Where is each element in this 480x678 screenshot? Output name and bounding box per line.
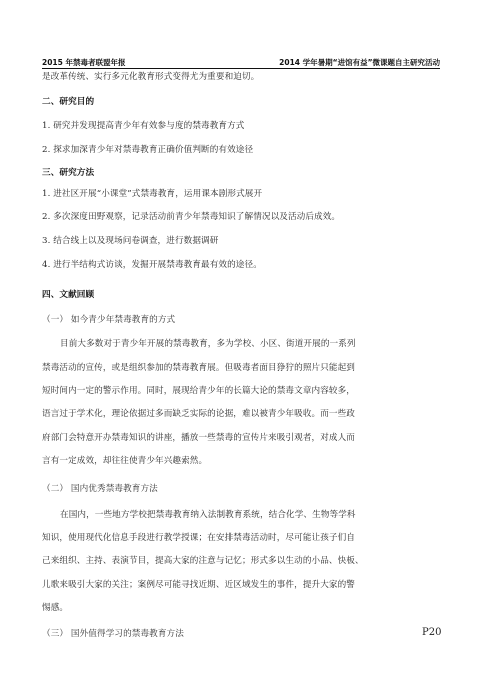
text-line: 知识，使用现代化信息手段进行教学授课；在安排禁毒活动时，尽可能让孩子们自 [42,531,355,543]
header-right: 2014 学年暑期“进馆有益”微课题自主研究活动 [279,57,440,68]
running-header: 2015 年禁毒者联盟年报 2014 学年暑期“进馆有益”微课题自主研究活动 [42,56,440,69]
page-number: P20 [422,627,441,638]
text-line: 禁毒活动的宣传，或是组织参加的禁毒教育展。但吸毒者面目狰狞的照片只能起到 [42,361,355,373]
header-left: 2015 年禁毒者联盟年报 [42,57,126,68]
text-line: 目前大多数对于青少年开展的禁毒教育，多为学校、小区、街道开展的一系列 [60,337,356,349]
section-heading: 三、研究方法 [42,166,94,178]
text-line: 惕感。 [42,601,68,613]
subsection-heading: （三） 国外值得学习的禁毒教育方法 [42,627,184,639]
text-line: 己来组织、主持、表演节目，提高大家的注意与记忆；形式多以生动的小品、快板、 [42,554,364,566]
text-line: 在国内，一些地方学校把禁毒教育纳入法制教育系统，结合化学、生物等学科 [60,508,356,520]
text-line: 2. 多次深度田野观察，记录活动前青少年禁毒知识了解情况以及活动后成效。 [42,210,340,222]
section-heading: 四、文献回顾 [42,288,94,300]
text-line: 语言过于学术化，理论依据过多而缺乏实际的论据，难以被青少年吸收。而一些政 [42,407,355,419]
text-line: 4. 进行半结构式访谈，发掘开展禁毒教育最有效的途径。 [42,258,262,270]
text-line: 1. 研究并发现提高青少年有效参与度的禁毒教育方式 [42,119,245,131]
section-heading: 二、研究目的 [42,95,94,107]
subsection-heading: （一） 如今青少年禁毒教育的方式 [42,313,175,325]
text-line: 2. 探求加深青少年对禁毒教育正确价值判断的有效途径 [42,143,253,155]
text-line: 府部门会特意开办禁毒知识的讲座，播放一些禁毒的宣传片来吸引观者，对成人而 [42,431,355,443]
text-line: 是改革传统、实行多元化教育形式变得尤为重要和迫切。 [42,70,259,82]
text-line: 言有一定成效，却往往使青少年兴趣索然。 [42,454,207,466]
text-line: 3. 结合线上以及现场问卷调查，进行数据调研 [42,234,218,246]
text-line: 短时间内一定的警示作用。同时，展现给青少年的长篇大论的禁毒文章内容较多， [42,384,355,396]
text-line: 1. 进社区开展“小课堂”式禁毒教育，运用课本剧形式展开 [42,187,262,199]
subsection-heading: （二） 国内优秀禁毒教育方法 [42,482,158,494]
text-line: 儿歌来吸引大家的关注；案例尽可能寻找近期、近区域发生的事件，提升大家的警 [42,578,355,590]
